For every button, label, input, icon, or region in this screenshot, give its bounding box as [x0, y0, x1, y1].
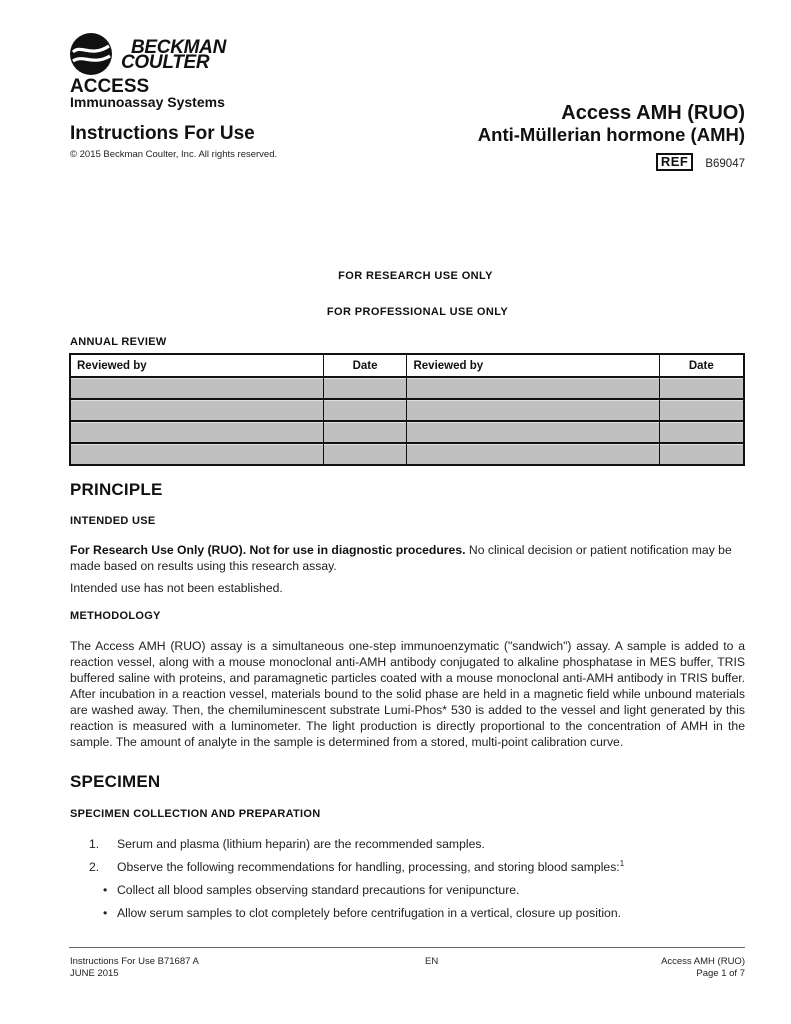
brand-name: BECKMAN COULTER [115, 40, 226, 70]
ref-number: B69047 [705, 154, 745, 170]
table-cell[interactable] [70, 377, 323, 399]
document-type: Instructions For Use [70, 123, 255, 145]
intended-use-note: Intended use has not been established. [70, 580, 745, 596]
research-use-notice: FOR RESEARCH USE ONLY [20, 270, 791, 282]
system-subtitle: Immunoassay Systems [70, 94, 225, 110]
bullet-item-text: Collect all blood samples observing stan… [117, 882, 519, 898]
table-cell[interactable] [323, 377, 407, 399]
column-header-reviewed-by: Reviewed by [70, 354, 323, 377]
table-row [70, 399, 744, 421]
table-cell[interactable] [407, 399, 659, 421]
copyright: © 2015 Beckman Coulter, Inc. All rights … [70, 149, 277, 161]
bullet-icon: • [103, 905, 107, 921]
footer-divider [69, 947, 745, 948]
intended-use-bold-lead: For Research Use Only (RUO). Not for use… [70, 543, 466, 557]
methodology-paragraph: The Access AMH (RUO) assay is a simultan… [70, 638, 745, 750]
footnote-reference-link[interactable]: 1 [620, 859, 624, 868]
footer-date: JUNE 2015 [70, 968, 199, 980]
footer-left: Instructions For Use B71687 A JUNE 2015 [70, 956, 199, 980]
annual-review-title: ANNUAL REVIEW [70, 336, 167, 348]
footer-product: Access AMH (RUO) [661, 956, 745, 968]
table-cell[interactable] [323, 399, 407, 421]
table-header-row: Reviewed by Date Reviewed by Date [70, 354, 744, 377]
table-cell[interactable] [70, 421, 323, 443]
product-subtitle: Anti-Müllerian hormone (AMH) [478, 124, 745, 146]
bullet-icon: • [103, 882, 107, 898]
footer-page-number: Page 1 of 7 [661, 968, 745, 980]
table-row [70, 443, 744, 465]
list-item-text: Serum and plasma (lithium heparin) are t… [117, 836, 485, 852]
table-cell[interactable] [407, 421, 659, 443]
annual-review-table: Reviewed by Date Reviewed by Date [69, 353, 745, 466]
beckman-coulter-globe-icon [69, 32, 113, 76]
column-header-date: Date [323, 354, 407, 377]
table-cell[interactable] [70, 443, 323, 465]
table-cell[interactable] [659, 421, 744, 443]
column-header-date: Date [659, 354, 744, 377]
section-heading-principle: PRINCIPLE [70, 480, 162, 500]
table-cell[interactable] [659, 399, 744, 421]
product-title: Access AMH (RUO) [561, 102, 745, 124]
list-item-text: Observe the following recommendations fo… [117, 859, 624, 875]
professional-use-notice: FOR PROFESSIONAL USE ONLY [22, 306, 791, 318]
subheading-intended-use: INTENDED USE [70, 515, 156, 527]
table-cell[interactable] [407, 377, 659, 399]
table-row [70, 377, 744, 399]
beckman-coulter-logo: BECKMAN COULTER [69, 32, 219, 76]
table-row [70, 421, 744, 443]
list-item-text-body: Observe the following recommendations fo… [117, 860, 620, 874]
footer-language: EN [425, 956, 438, 968]
bullet-item-text: Allow serum samples to clot completely b… [117, 905, 621, 921]
subheading-methodology: METHODOLOGY [70, 610, 161, 622]
column-header-reviewed-by: Reviewed by [407, 354, 659, 377]
footer-document-id: Instructions For Use B71687 A [70, 956, 199, 968]
table-cell[interactable] [70, 399, 323, 421]
table-cell[interactable] [659, 377, 744, 399]
list-item-number: 2. [89, 859, 99, 875]
table-cell[interactable] [659, 443, 744, 465]
subheading-specimen-collection: SPECIMEN COLLECTION AND PREPARATION [70, 808, 320, 820]
table-cell[interactable] [323, 421, 407, 443]
section-heading-specimen: SPECIMEN [70, 772, 160, 792]
footer-right: Access AMH (RUO) Page 1 of 7 [661, 956, 745, 980]
table-cell[interactable] [323, 443, 407, 465]
table-cell[interactable] [407, 443, 659, 465]
intended-use-paragraph: For Research Use Only (RUO). Not for use… [70, 542, 745, 574]
ref-symbol-icon: REF [656, 153, 694, 171]
reference-number-row: REF B69047 [656, 153, 745, 171]
list-item-number: 1. [89, 836, 99, 852]
